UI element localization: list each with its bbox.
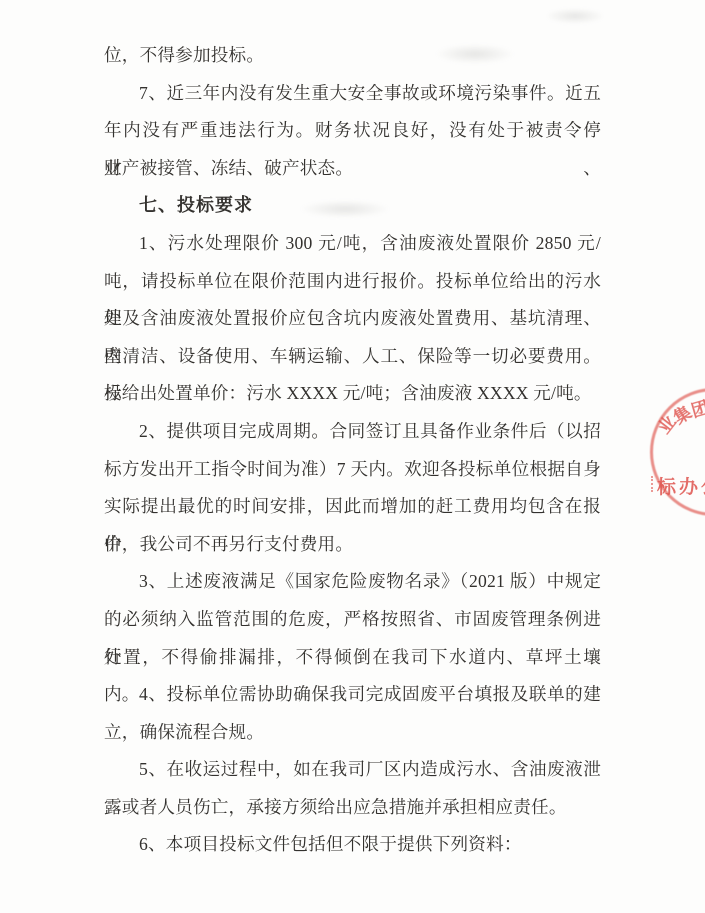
scan-artifact (435, 44, 515, 64)
document-line: 露或者人员伤亡，承接方须给出应急措施并承担相应责任。 (104, 789, 601, 827)
document-line: 立，确保流程合规。 (104, 714, 601, 752)
document-line: 2、提供项目完成周期。合同签订且具备作业条件后（以招 (104, 413, 601, 451)
document-line: 3、上述废液满足《国家危险废物名录》（2021 版）中规定 (104, 563, 601, 601)
document-line: 实际提出最优的时间安排，因此而增加的赶工费用均包含在报价 (104, 488, 601, 526)
seal-arc-text: 业 (650, 409, 680, 438)
document-body: 位，不得参加投标。 7、近三年内没有发生重大安全事故或环境污染事件。近五 年内没… (104, 37, 601, 864)
document-line: 中，我公司不再另行支付费用。 (104, 526, 601, 564)
seal-lower-text: 标办公 (657, 472, 705, 499)
document-line: 6、本项目投标文件包括但不限于提供下列资料： (104, 826, 601, 864)
seal-arc-text: 团 (688, 393, 705, 422)
document-line: 位，不得参加投标。 (104, 37, 601, 75)
document-line: 4、投标单位需协助确保我司完成固废平台填报及联单的建 (104, 676, 601, 714)
document-line: 标给出处置单价：污水 XXXX 元/吨；含油废液 XXXX 元/吨。 (104, 375, 601, 413)
scanned-document-page: 位，不得参加投标。 7、近三年内没有发生重大安全事故或环境污染事件。近五 年内没… (0, 0, 705, 913)
document-line: 年内没有严重违法行为。财务状况良好，没有处于被责令停业、 (104, 112, 601, 150)
seal-ring (650, 388, 705, 516)
document-line: 7、近三年内没有发生重大安全事故或环境污染事件。近五 (104, 75, 601, 113)
document-line: 壁清洁、设备使用、车辆运输、人工、保险等一切必要费用。投 (104, 338, 601, 376)
red-seal-stamp: 业 集 团 标办公 (650, 388, 705, 516)
seal-arc-text: 集 (668, 398, 696, 428)
document-line: 理及含油废液处置报价应包含坑内废液处置费用、基坑清理、内 (104, 300, 601, 338)
document-line: 1、污水处理限价 300 元/吨，含油废液处置限价 2850 元/ (104, 225, 601, 263)
scan-artifact (300, 200, 390, 218)
document-line: 吨，请投标单位在限价范围内进行报价。投标单位给出的污水处 (104, 263, 601, 301)
scan-artifact (545, 8, 605, 24)
document-line: 的必须纳入监管范围的危废，严格按照省、市固废管理条例进行 (104, 601, 601, 639)
document-line: 标方发出开工指令时间为准）7 天内。欢迎各投标单位根据自身 (104, 451, 601, 489)
document-line: 处置，不得偷排漏排，不得倾倒在我司下水道内、草坪土壤内。 (104, 639, 601, 677)
document-line: 5、在收运过程中，如在我司厂区内造成污水、含油废液泄 (104, 751, 601, 789)
